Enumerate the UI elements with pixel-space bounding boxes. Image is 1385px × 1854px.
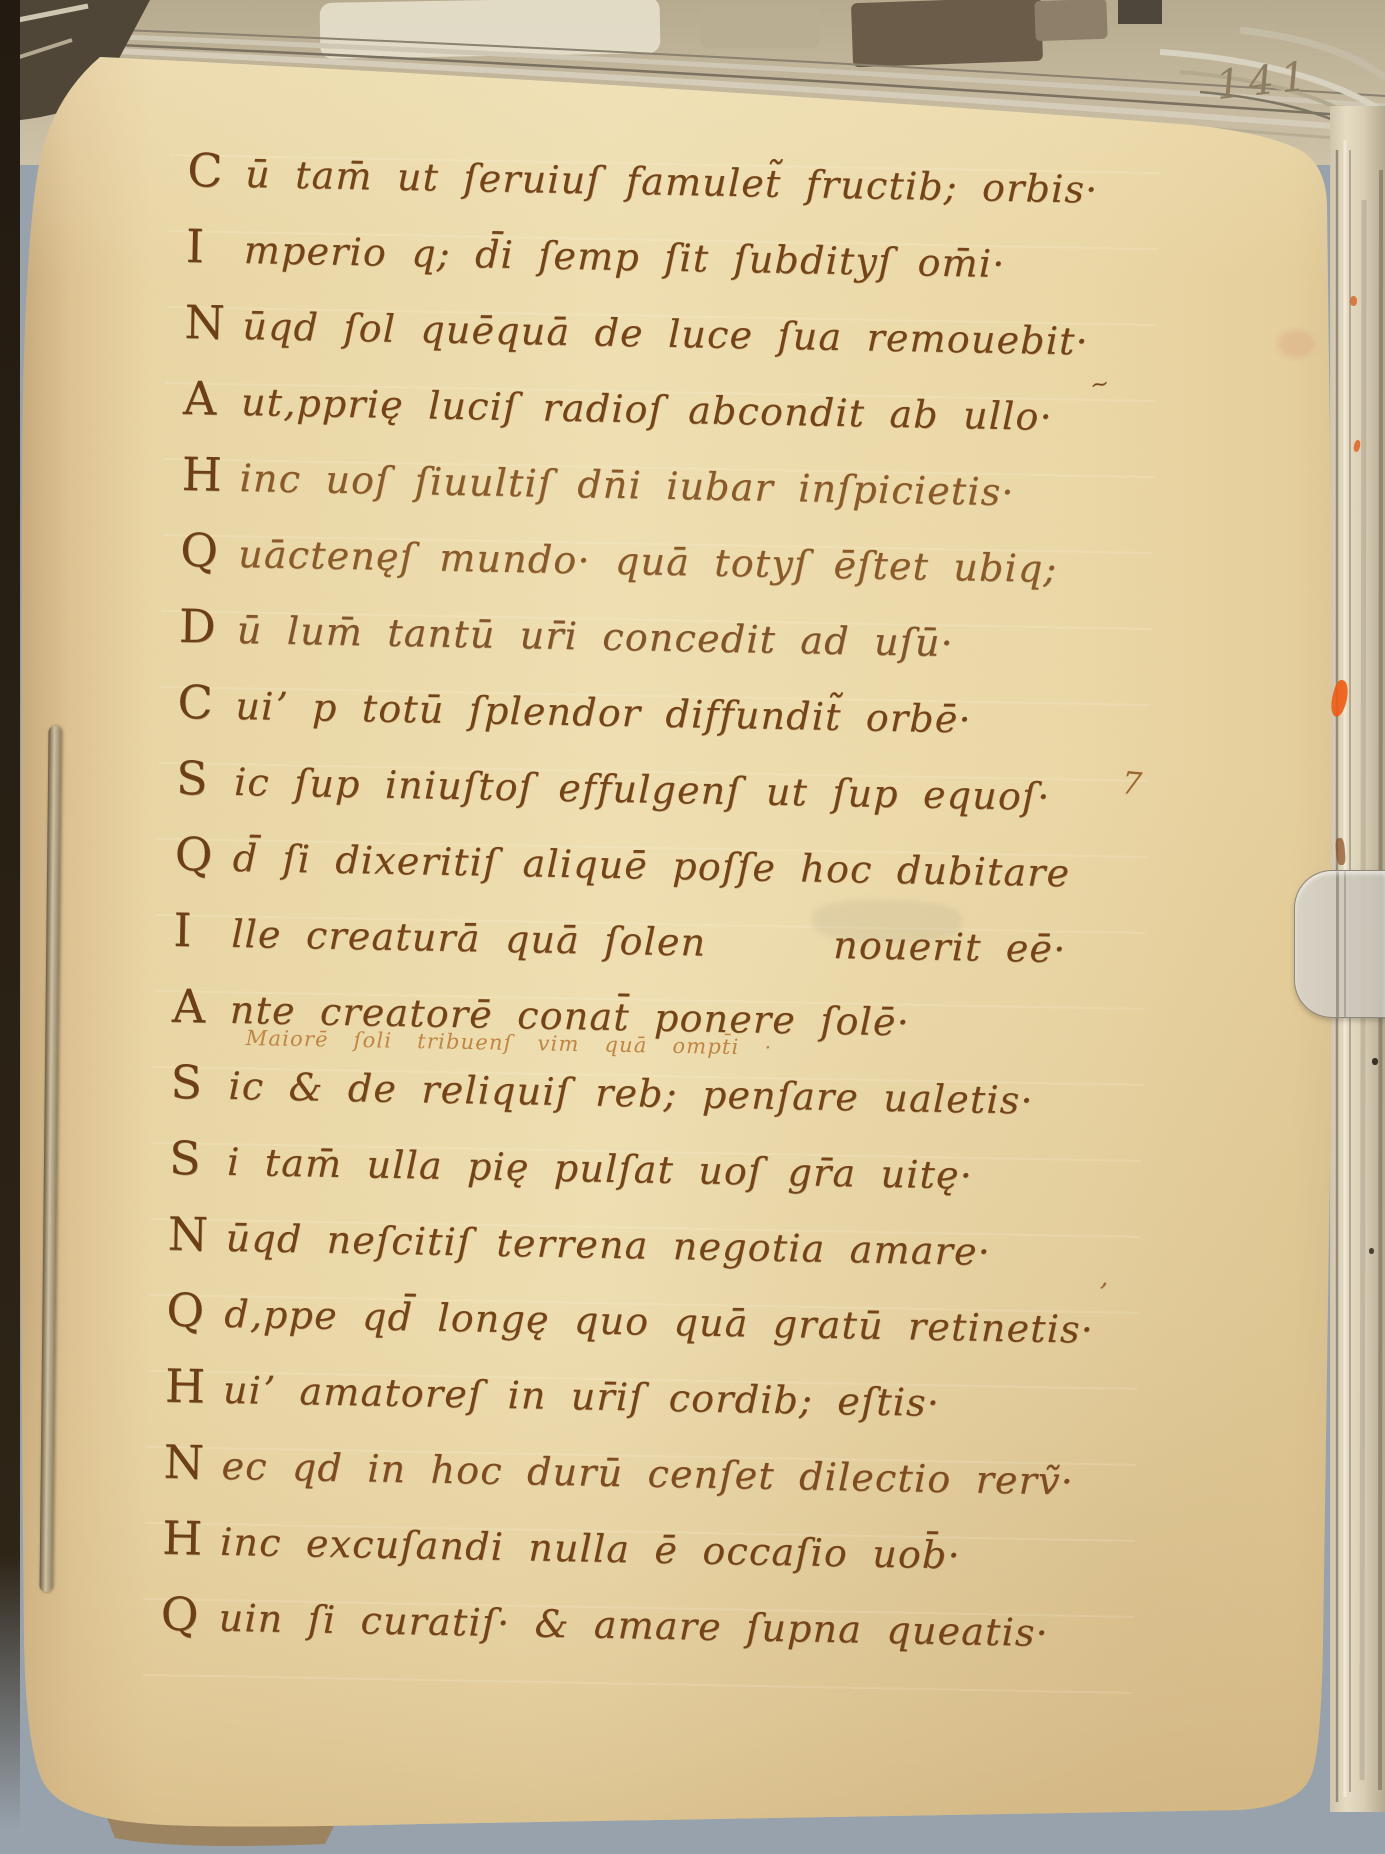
versal-initial: D [178,588,223,665]
manuscript-photo: 141 Cū tam̄ ut ſeruiuſ famulet̃ fructib;… [0,0,1385,1854]
versal-initial: N [184,284,229,361]
rubric-fleck [1350,296,1357,306]
verse-text: inc uoſ ſiuultiſ dn̄i iubar inſpicietis· [239,440,1015,530]
versal-initial: C [177,664,222,741]
verse-text: uiʼ amatoreſ in ur̄iſ cordib; eſtis· [222,1352,941,1441]
versal-initial: N [163,1424,208,1501]
versal-initial: Q [166,1272,211,1349]
verse-text: ū lum̄ tantū ur̄i concedit ad uſū· [236,592,954,681]
versal-initial: N [167,1196,212,1273]
versal-initial: Q [180,512,225,589]
ink-fleck [1372,1058,1378,1065]
ink-fleck [1369,1248,1374,1254]
verse-text: ūqd neſcitiſ terrena negotia amare· [225,1200,992,1290]
versal-initial: H [181,436,226,513]
verse-text: i tam̄ ulla pię pulſat uoſ gr̄a uitę· [226,1124,973,1214]
versal-initial: H [162,1500,207,1577]
verse-text: mperio q; d̄i ſemp ſit ſubdityſ om̄i· [243,212,1006,302]
versal-initial: S [170,1044,215,1121]
marginal-mark: 7 [1120,765,1143,803]
verse-text: ic & de reliquiſ reb; penſare ualetis· [228,1048,1035,1139]
vellum-index-tab [1294,870,1385,1018]
verse-text: uin ſi curatiſ· & amare ſupna queatis· [218,1580,1050,1671]
versal-initial: I [173,892,218,969]
versal-initial: C [187,132,232,209]
versal-initial: S [169,1120,214,1197]
versal-initial: A [171,968,216,1045]
versal-initial: A [182,360,227,437]
pink-ink-smudge [1278,330,1314,358]
versal-initial: Q [160,1576,205,1653]
versal-initial: H [164,1348,209,1425]
verse-text-block: Cū tam̄ ut ſeruiuſ famulet̃ fructib; orb… [160,132,1268,1672]
verse-text: uiʼ p totū ſplendor diffundit̃ orbē· [235,668,973,757]
versal-initial: Q [174,816,219,893]
versal-initial: S [175,740,220,817]
versal-initial: I [185,208,230,285]
verse-text: inc excuſandi nulla ē occaſio uob̄· [219,1504,961,1594]
